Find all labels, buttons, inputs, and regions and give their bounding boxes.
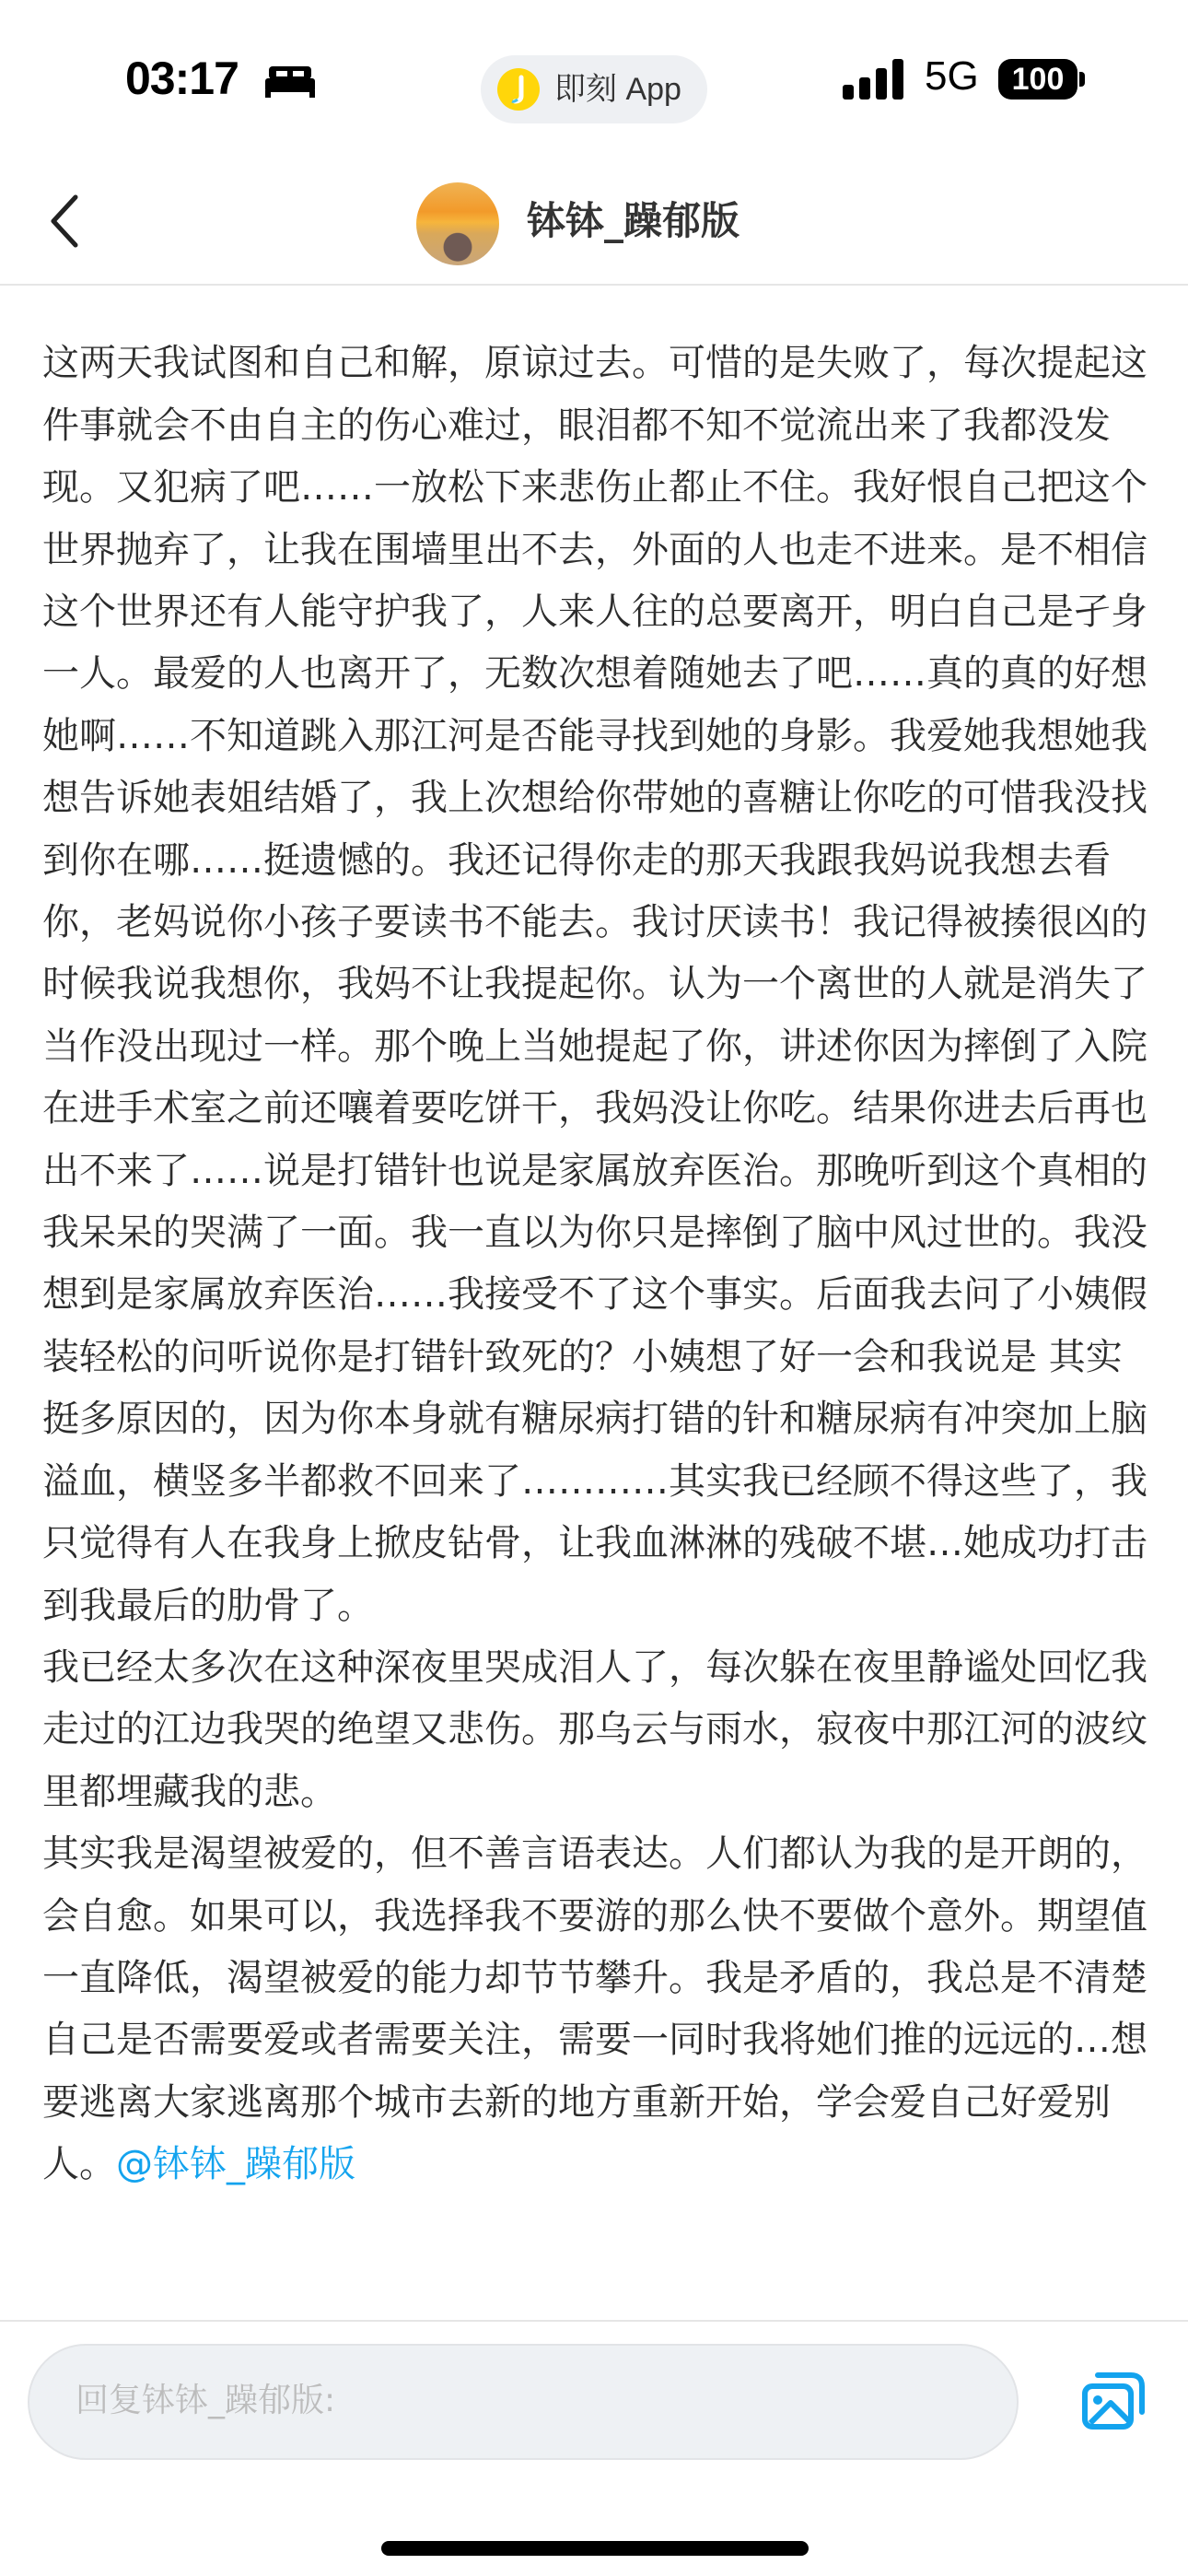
- reply-placeholder: 回复钵钵_躁郁版:: [76, 2377, 335, 2425]
- battery-tip: [1079, 72, 1085, 87]
- post-content[interactable]: 这两天我试图和自己和解，原谅过去。可惜的是失败了，每次提起这件事就会不由自主的伤…: [0, 284, 1188, 2320]
- page-title[interactable]: 钵钵_躁郁版: [527, 195, 740, 247]
- paragraph: 其实我是渴望被爱的，但不善言语表达。人们都认为我的是开朗的，会自愈。如果可以，我…: [42, 1823, 1157, 2195]
- paragraph: 这两天我试图和自己和解，原谅过去。可惜的是失败了，每次提起这件事就会不由自主的伤…: [42, 333, 1157, 1637]
- cellular-signal-icon: [843, 59, 905, 100]
- status-bar: 03:17 即刻 App 5G 100: [0, 0, 1188, 157]
- mention-link[interactable]: @钵钵_躁郁版: [116, 2143, 355, 2185]
- chevron-left-icon[interactable]: [44, 193, 90, 249]
- network-type: 5G: [925, 53, 979, 100]
- paragraph-text: 其实我是渴望被爱的，但不善言语表达。人们都认为我的是开朗的，会自愈。如果可以，我…: [42, 1832, 1147, 2185]
- cut-off-line: [42, 284, 1157, 333]
- image-gallery-icon[interactable]: [1077, 2366, 1151, 2440]
- status-time: 03:17: [125, 52, 239, 105]
- battery-level: 100: [1012, 62, 1065, 97]
- paragraph: 我已经太多次在这种深夜里哭成泪人了，每次躲在夜里静谧处回忆我走过的江边我哭的绝望…: [42, 1637, 1157, 1823]
- back-to-app-pill[interactable]: 即刻 App: [481, 55, 707, 123]
- post-text: 这两天我试图和自己和解，原谅过去。可惜的是失败了，每次提起这件事就会不由自主的伤…: [42, 284, 1157, 2196]
- chat-header: 钵钵_躁郁版: [0, 157, 1188, 286]
- battery-icon: 100: [998, 59, 1077, 100]
- jike-app-logo-icon: [497, 68, 540, 111]
- avatar[interactable]: [416, 182, 499, 265]
- bed-icon: [265, 66, 315, 98]
- reply-composer: 回复钵钵_躁郁版:: [0, 2320, 1188, 2576]
- home-indicator: [381, 2541, 809, 2556]
- reply-input[interactable]: 回复钵钵_躁郁版:: [28, 2344, 1019, 2460]
- app-pill-label: 即刻 App: [554, 68, 681, 111]
